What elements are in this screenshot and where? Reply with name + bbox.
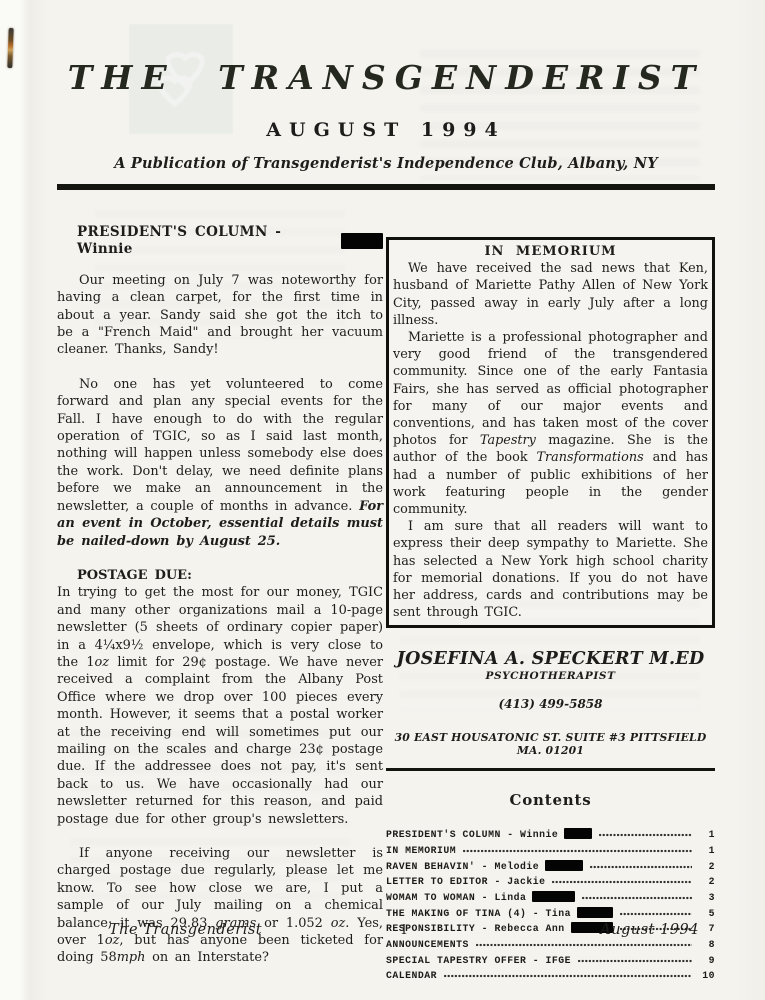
ad-role: PSYCHOTHERAPIST <box>386 670 715 682</box>
contents-entry-label: SPECIAL TAPESTRY OFFER - IFGE <box>386 955 571 966</box>
paragraph: No one has yet volunteered to come forwa… <box>57 376 383 550</box>
ad-phone: (413) 499-5858 <box>386 697 715 711</box>
scanned-newsletter-page: THE TRANSGENDERIST AUGUST 1994 A Publica… <box>0 0 765 1000</box>
right-column: IN MEMORIUM We have received the sad new… <box>386 237 715 981</box>
dot-leader <box>476 943 692 947</box>
dot-leader <box>590 865 692 869</box>
paragraph: I am sure that all readers will want to … <box>393 518 708 621</box>
contents-entry-label: ANNOUNCEMENTS <box>386 939 469 950</box>
contents-entry-label: LETTER TO EDITOR - Jackie <box>386 876 545 887</box>
masthead: THE TRANSGENDERIST AUGUST 1994 A Publica… <box>57 58 715 172</box>
dot-leader <box>463 849 692 853</box>
contents-entry-label: WOMAM TO WOMAN - Linda <box>386 892 526 903</box>
contents-row: THE MAKING OF TINA (4) - Tina5 <box>386 903 715 919</box>
issue-date: AUGUST 1994 <box>57 119 715 141</box>
contents-heading: Contents <box>386 791 715 809</box>
page-footer: The Transgenderist 1 August 1994 <box>57 922 715 938</box>
contents-page-number: 3 <box>698 892 715 903</box>
footer-page-number: 1 <box>389 923 419 938</box>
redaction-box <box>564 828 592 839</box>
contents-row: SPECIAL TAPESTRY OFFER - IFGE9 <box>386 950 715 966</box>
contents-row: LETTER TO EDITOR - Jackie2 <box>386 872 715 888</box>
contents-page-number: 10 <box>698 970 715 981</box>
ad-name: JOSEFINA A. SPECKERT M.ED <box>386 649 715 669</box>
contents-entry-label: PRESIDENT'S COLUMN - Winnie <box>386 829 558 840</box>
contents-page-number: 2 <box>698 876 715 887</box>
publication-line: A Publication of Transgenderist's Indepe… <box>57 155 715 172</box>
in-memorium-heading: IN MEMORIUM <box>393 243 708 260</box>
paragraph: Mariette is a professional photographer … <box>393 329 708 518</box>
presidents-column-heading-text: PRESIDENT'S COLUMN - Winnie <box>77 224 333 259</box>
postage-due-heading: POSTAGE DUE: <box>57 567 383 584</box>
contents-entry-label: RAVEN BEHAVIN' - Melodie <box>386 861 539 872</box>
dot-leader <box>552 880 692 884</box>
contents-row: WOMAM TO WOMAN - Linda3 <box>386 887 715 903</box>
paragraph: In trying to get the most for our money,… <box>57 584 383 828</box>
dot-leader <box>444 974 692 978</box>
redaction-box <box>341 233 383 249</box>
redaction-box <box>577 907 613 918</box>
ad-address: 30 EAST HOUSATONIC ST. SUITE #3 PITTSFIE… <box>386 731 715 757</box>
contents-list: PRESIDENT'S COLUMN - Winnie1IN MEMORIUM1… <box>386 824 715 981</box>
contents-section: Contents PRESIDENT'S COLUMN - Winnie1IN … <box>386 791 715 981</box>
contents-page-number: 1 <box>698 845 715 856</box>
contents-row: RAVEN BEHAVIN' - Melodie2 <box>386 856 715 872</box>
dot-leader <box>578 959 692 963</box>
redaction-box <box>532 891 575 902</box>
section-divider-rule <box>386 768 715 771</box>
therapist-ad: JOSEFINA A. SPECKERT M.ED PSYCHOTHERAPIS… <box>386 649 715 757</box>
footer-date: August 1994 <box>419 922 715 938</box>
contents-row: PRESIDENT'S COLUMN - Winnie1 <box>386 824 715 840</box>
dot-leader <box>599 833 692 837</box>
paragraph: We have received the sad news that Ken, … <box>393 260 708 329</box>
paragraph: If anyone receiving our newsletter is ch… <box>57 845 383 967</box>
contents-page-number: 9 <box>698 955 715 966</box>
contents-row: CALENDAR10 <box>386 966 715 982</box>
paragraph: Our meeting on July 7 was noteworthy for… <box>57 272 383 359</box>
contents-page-number: 8 <box>698 939 715 950</box>
dot-leader <box>620 912 692 916</box>
contents-page-number: 5 <box>698 908 715 919</box>
dot-leader <box>582 896 692 900</box>
contents-page-number: 2 <box>698 861 715 872</box>
presidents-column: PRESIDENT'S COLUMN - Winnie Our meeting … <box>57 224 383 984</box>
contents-entry-label: CALENDAR <box>386 970 437 981</box>
contents-entry-label: THE MAKING OF TINA (4) - Tina <box>386 908 571 919</box>
staple <box>7 28 13 68</box>
redaction-box <box>545 860 583 871</box>
contents-row: IN MEMORIUM1 <box>386 840 715 856</box>
contents-page-number: 1 <box>698 829 715 840</box>
newsletter-title: THE TRANSGENDERIST <box>57 58 715 97</box>
masthead-rule <box>57 184 715 190</box>
contents-entry-label: IN MEMORIUM <box>386 845 456 856</box>
footer-title: The Transgenderist <box>57 922 389 938</box>
presidents-column-heading: PRESIDENT'S COLUMN - Winnie <box>57 224 383 259</box>
in-memorium-box: IN MEMORIUM We have received the sad new… <box>386 237 715 628</box>
